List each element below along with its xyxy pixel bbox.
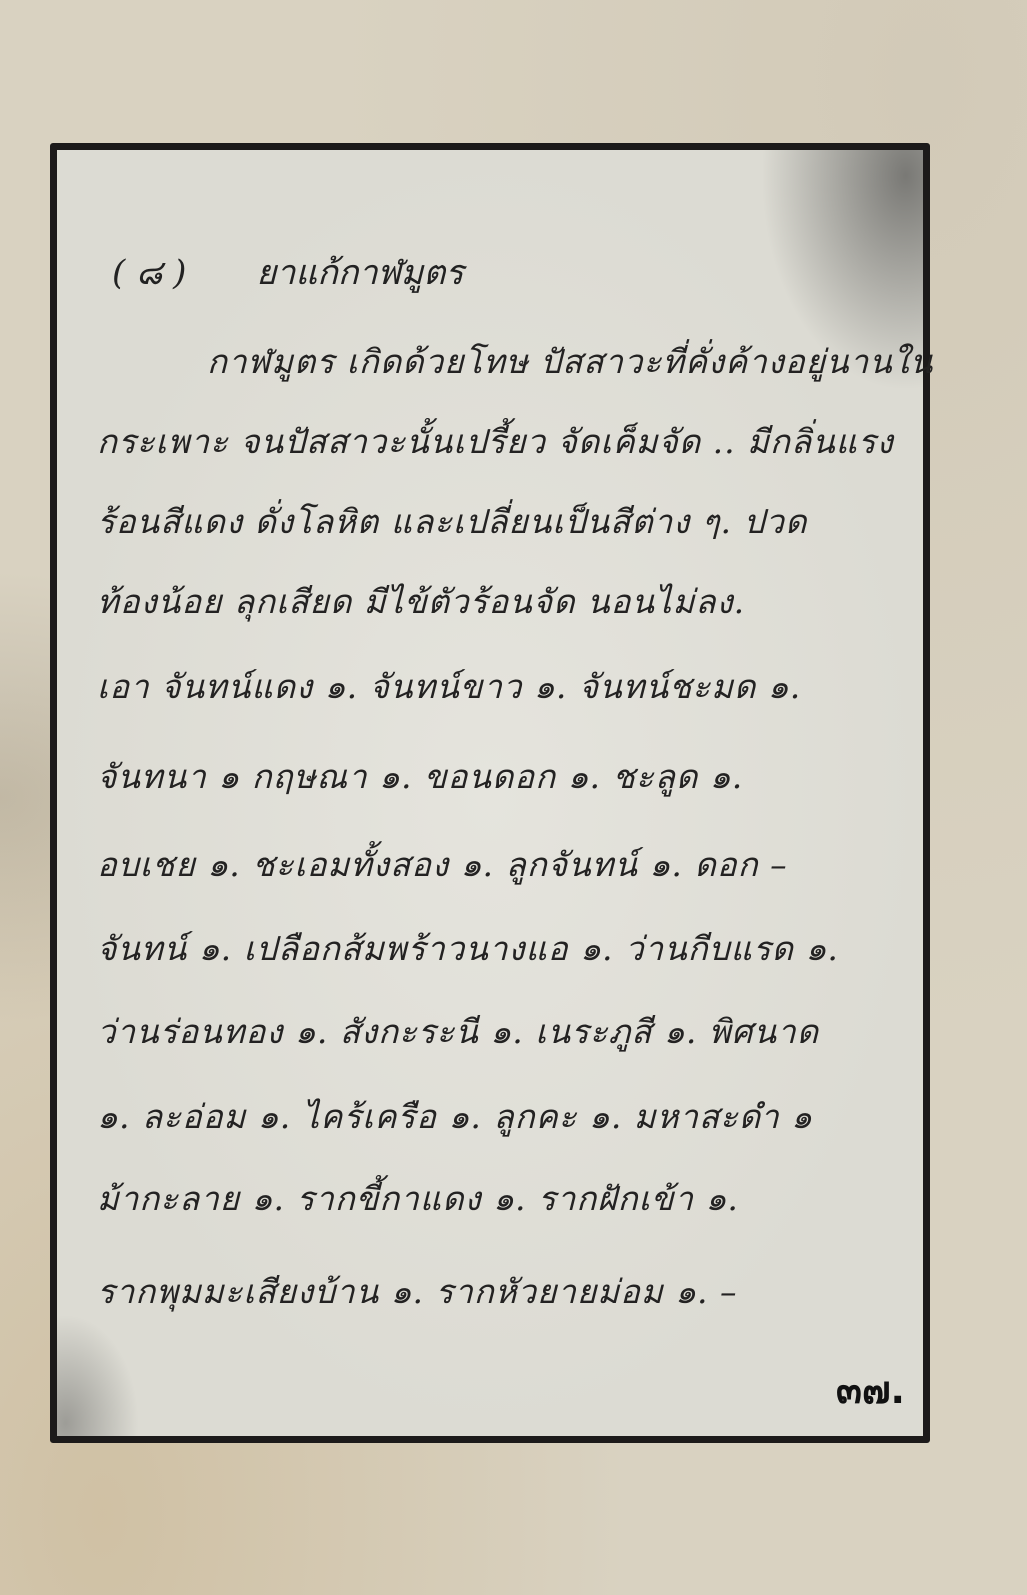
text-line: รากพุมมะเสียงบ้าน ๑. รากหัวยายม่อม ๑. – (97, 1265, 903, 1318)
text-line: กระเพาะ จนปัสสาวะนั้นเปรี้ยว จัดเค็มจัด … (97, 415, 903, 468)
text-line: ร้อนสีแดง ดั่งโลหิต และเปลี่ยนเป็นสีต่าง… (97, 495, 903, 548)
text-line: จันทนา ๑ กฤษณา ๑. ขอนดอก ๑. ชะลูด ๑. (97, 750, 903, 803)
text-line: เอา จันทน์แดง ๑. จันทน์ขาว ๑. จันทน์ชะมด… (97, 660, 903, 713)
text-line: ท้องน้อย ลุกเสียด มีไข้ตัวร้อนจัด นอนไม่… (97, 575, 903, 628)
page-frame: ( ๘ ) ยาแก้กาฬมูตร กาฬมูตร เกิดด้วยโทษ ป… (50, 143, 930, 1443)
text-line: จันทน์ ๑. เปลือกส้มพร้าวนางแอ ๑. ว่านกีบ… (97, 922, 903, 975)
text-line: ว่านร่อนทอง ๑. สังกะระนี ๑. เนระภูสี ๑. … (97, 1005, 903, 1058)
text-line: ม้ากะลาย ๑. รากขี้กาแดง ๑. รากฝักเข้า ๑. (97, 1172, 903, 1225)
text-line: อบเชย ๑. ชะเอมทั้งสอง ๑. ลูกจันทน์ ๑. ดอ… (97, 838, 903, 891)
text-line: ๑. ละอ่อม ๑. ไคร้เครือ ๑. ลูกคะ ๑. มหาสะ… (97, 1090, 903, 1143)
page-number: ๓๗. (836, 1359, 905, 1420)
text-line: กาฬมูตร เกิดด้วยโทษ ปัสสาวะที่คั่งค้างอย… (207, 335, 903, 388)
recipe-heading: ( ๘ ) ยาแก้กาฬมูตร (112, 245, 464, 299)
recipe-title: ยาแก้กาฬมูตร (256, 245, 463, 299)
section-number: ( ๘ ) (112, 245, 186, 299)
